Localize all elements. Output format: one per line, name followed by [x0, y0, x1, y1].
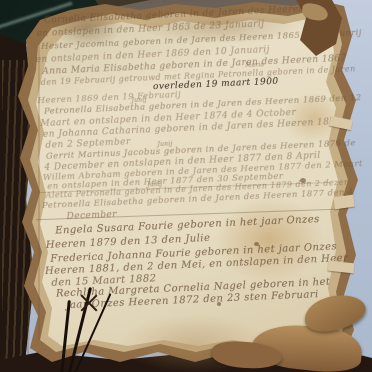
interline-annotation: Junij [131, 96, 146, 104]
manuscript-line: en ontslapen in den Heer 184— [149, 0, 283, 5]
interline-annotation: Maria [245, 61, 264, 69]
manuscript-line: December [66, 210, 117, 222]
interline-annotation: Junij [147, 181, 162, 189]
interline-annotation: Junij [157, 140, 172, 148]
photo-of-antique-register: en ontslapen in den Heer 184—Cornelia El… [0, 0, 372, 372]
